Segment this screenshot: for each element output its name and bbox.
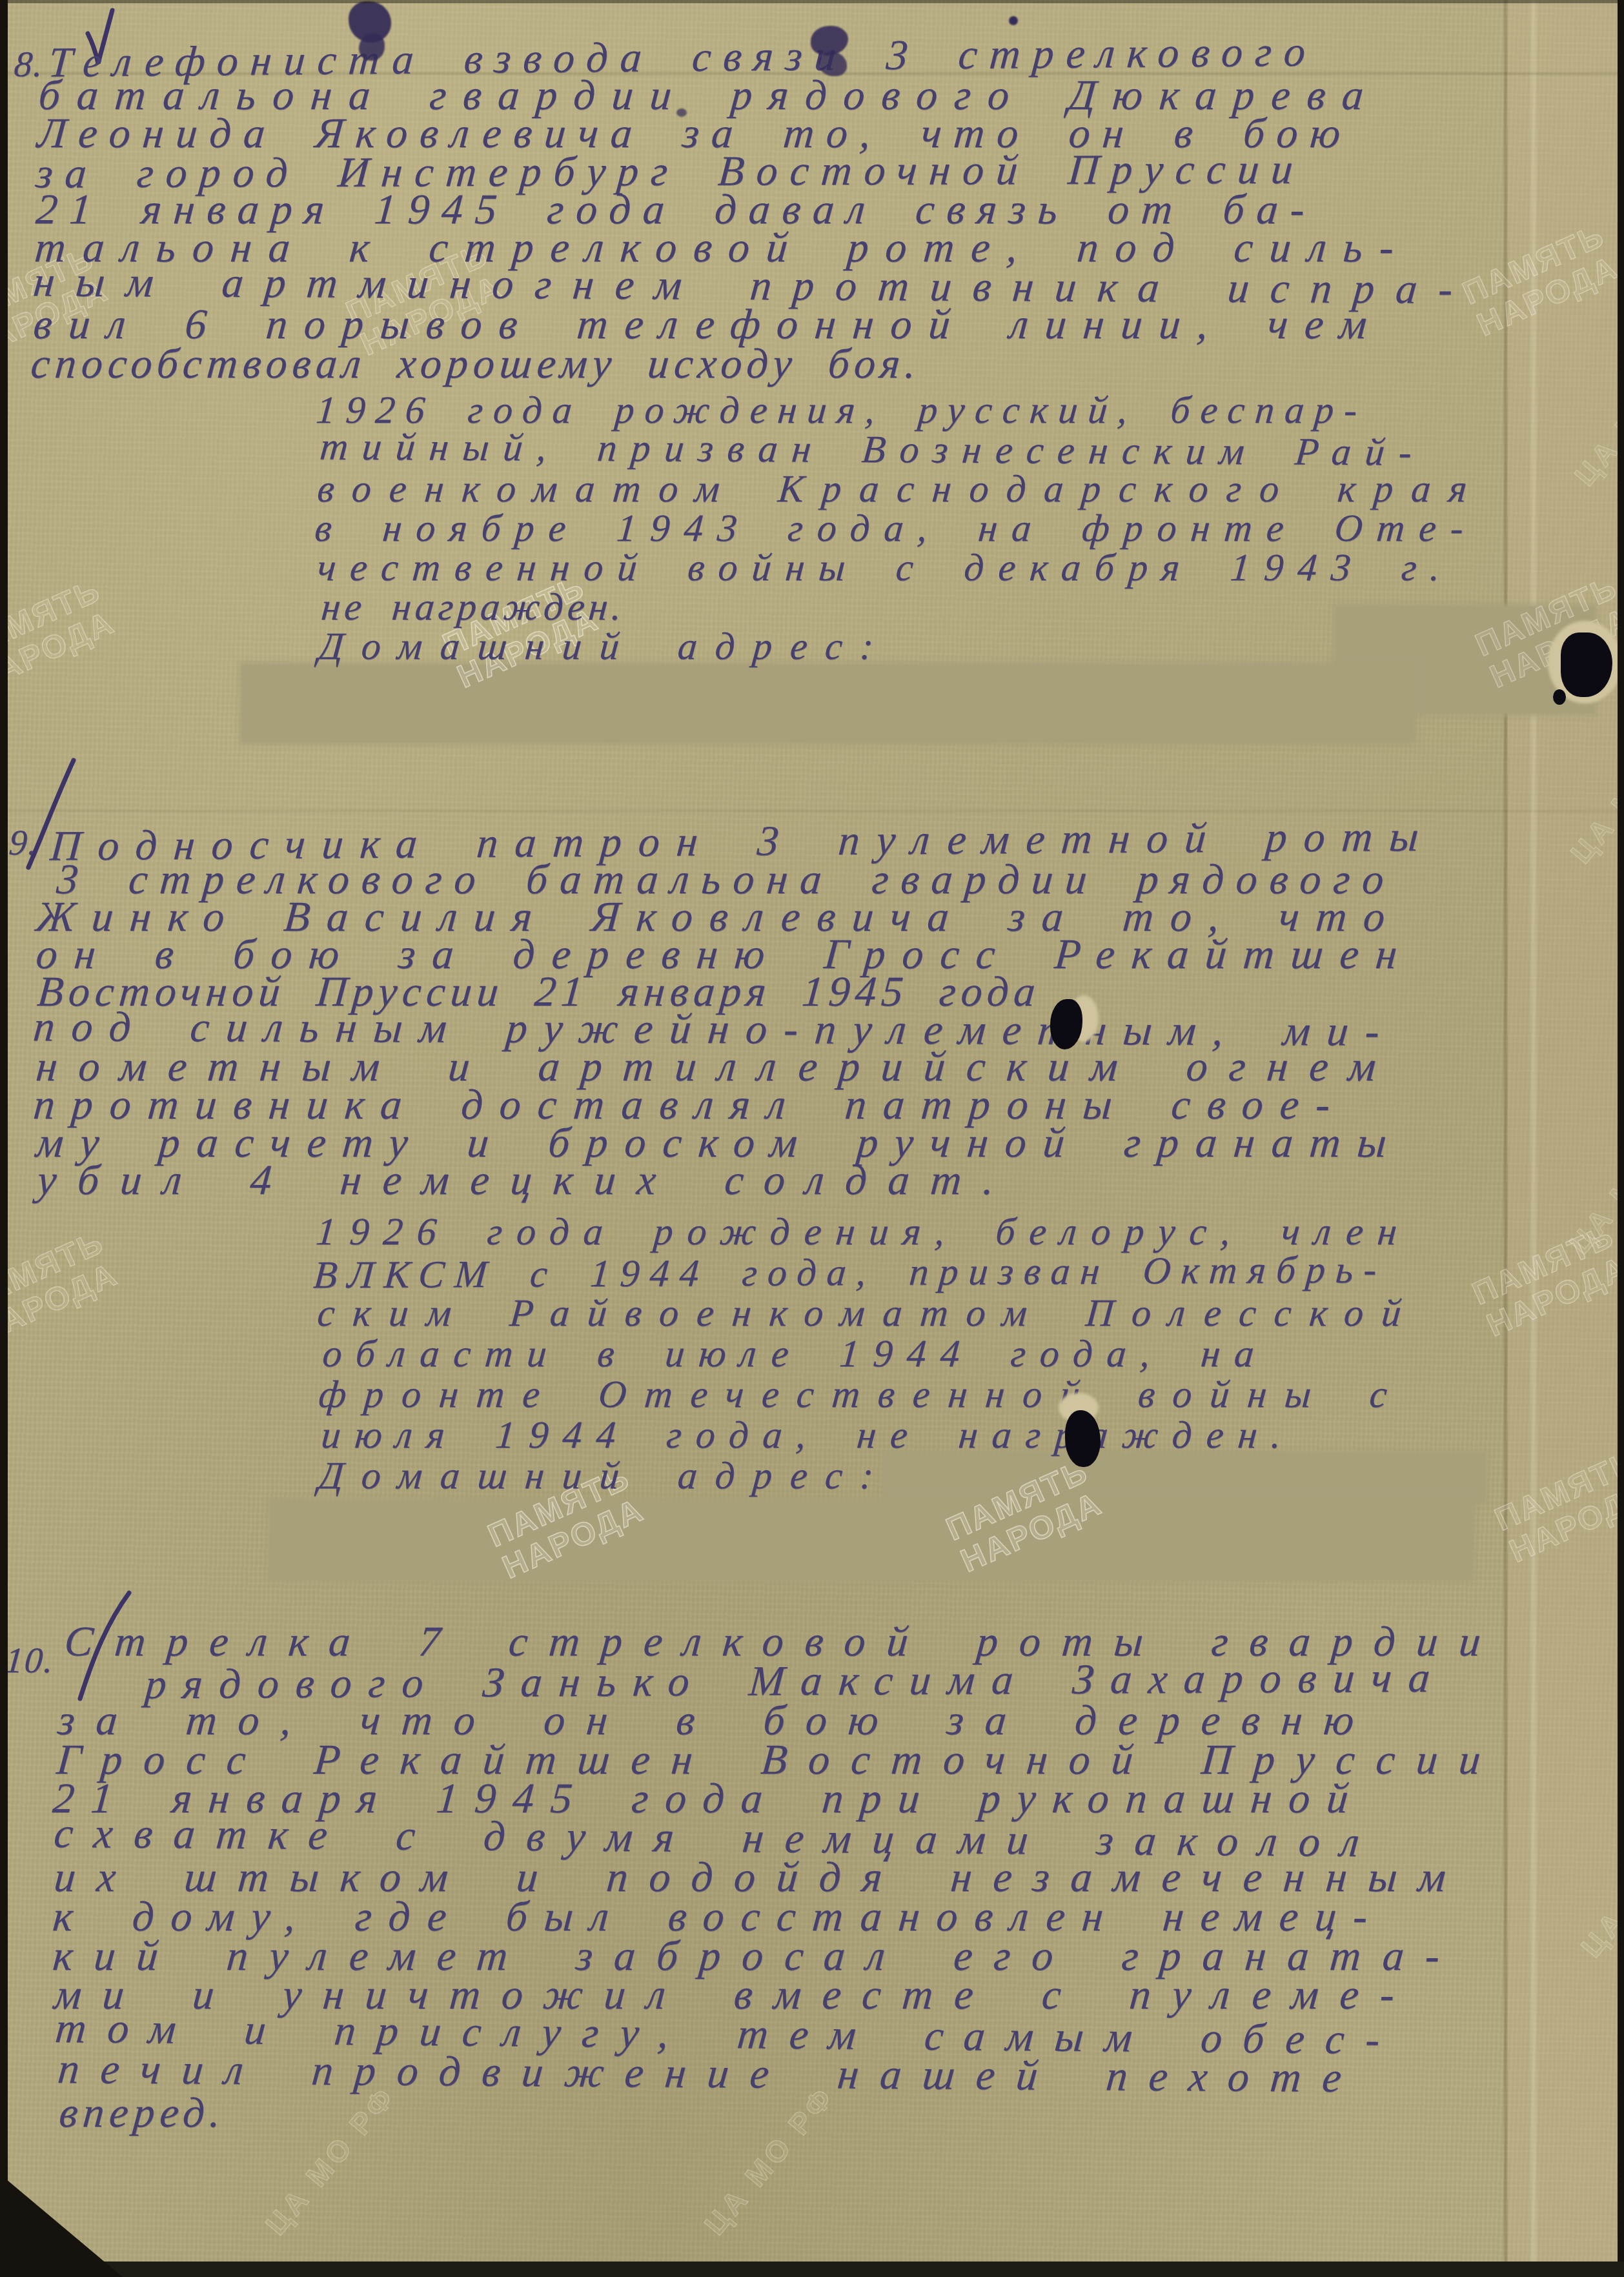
redacted-address-entry8 (242, 665, 1414, 742)
entry8-detail-7: Домашний адрес: (317, 627, 893, 665)
ink-blot (359, 34, 385, 61)
entry8-detail-5: чественной войны с декабря 1943 г. (316, 548, 1456, 587)
entry9-detail-4: области в июле 1944 года, на (321, 1334, 1270, 1373)
redacted-block-entry9-right (884, 1453, 1485, 1502)
entry8-detail-2: тийный, призван Вознесенским Рай- (318, 427, 1428, 472)
entry10-line-12: печил продвижение нашей пехоте (56, 2048, 1365, 2100)
entry9-detail-6: июля 1944 года, не награжден. (320, 1415, 1297, 1454)
bottom-scan-edge (0, 2262, 1624, 2277)
entry8-line-9: способствовал хорошему исходу боя. (29, 343, 923, 385)
memory-narod-watermark: ПАМЯТЬНАРОДА (0, 572, 120, 698)
entry9-line-10: убил 4 немецких солдат. (36, 1159, 1017, 1202)
ink-speck (1009, 16, 1018, 25)
vertical-fold-crease (1504, 0, 1507, 2277)
entry8-detail-3: военкоматом Краснодарского края (316, 469, 1487, 508)
paper-tear (1553, 689, 1566, 705)
redacted-address-entry9 (271, 1501, 1472, 1579)
right-scan-edge (1618, 0, 1624, 2277)
entry10-line-13: вперед. (57, 2092, 227, 2134)
entry-number: 10. (4, 1643, 56, 1679)
horizontal-crease-2 (0, 810, 1624, 812)
scanned-award-document-page: ПАМЯТЬНАРОДА ПАМЯТЬНАРОДА ПАМЯТЬНАРОДА П… (0, 0, 1624, 2277)
tsamo-watermark: ЦА МО РФ (1562, 1098, 1624, 1260)
entry-number: 9. (8, 825, 41, 861)
memory-narod-watermark: ПАМЯТЬНАРОДА (1457, 218, 1624, 343)
entry9-detail-5: фронте Отечественной войны с (317, 1375, 1406, 1413)
memory-narod-watermark: ПАМЯТЬНАРОДА (0, 1224, 123, 1350)
entry9-detail-2: ВЛКСМ с 1944 года, призван Октябрь- (312, 1250, 1389, 1295)
entry8-detail-1: 1926 года рождения, русский, беспар- (314, 390, 1369, 429)
ink-blot (818, 52, 847, 76)
entry9-detail-1: 1926 года рождения, белорус, член (314, 1212, 1412, 1251)
vertical-light-crease (1531, 0, 1536, 2277)
entry9-detail-3: ским Райвоенкоматом Полесской (316, 1293, 1421, 1332)
entry9-detail-7: Домашний адрес: (317, 1456, 893, 1495)
entry8-detail-6: не награжден. (320, 587, 627, 626)
tsamo-watermark: ЦА МО РФ (697, 2079, 842, 2242)
tsamo-watermark: ЦА МО РФ (1574, 1801, 1624, 1964)
top-scan-edge (0, 0, 1624, 3)
memory-narod-watermark: ПАМЯТЬНАРОДА (1490, 1444, 1624, 1569)
tsamo-watermark: ЦА МО РФ (1563, 707, 1624, 870)
entry8-detail-4: в ноябре 1943 года, на фронте Оте- (313, 509, 1479, 547)
ink-speck (676, 108, 687, 117)
left-scan-edge (0, 0, 8, 2277)
bottom-left-corner-edge (0, 2130, 123, 2277)
tsamo-watermark: ЦА МО РФ (258, 2079, 403, 2242)
tsamo-watermark: ЦА МО РФ (1567, 330, 1624, 492)
